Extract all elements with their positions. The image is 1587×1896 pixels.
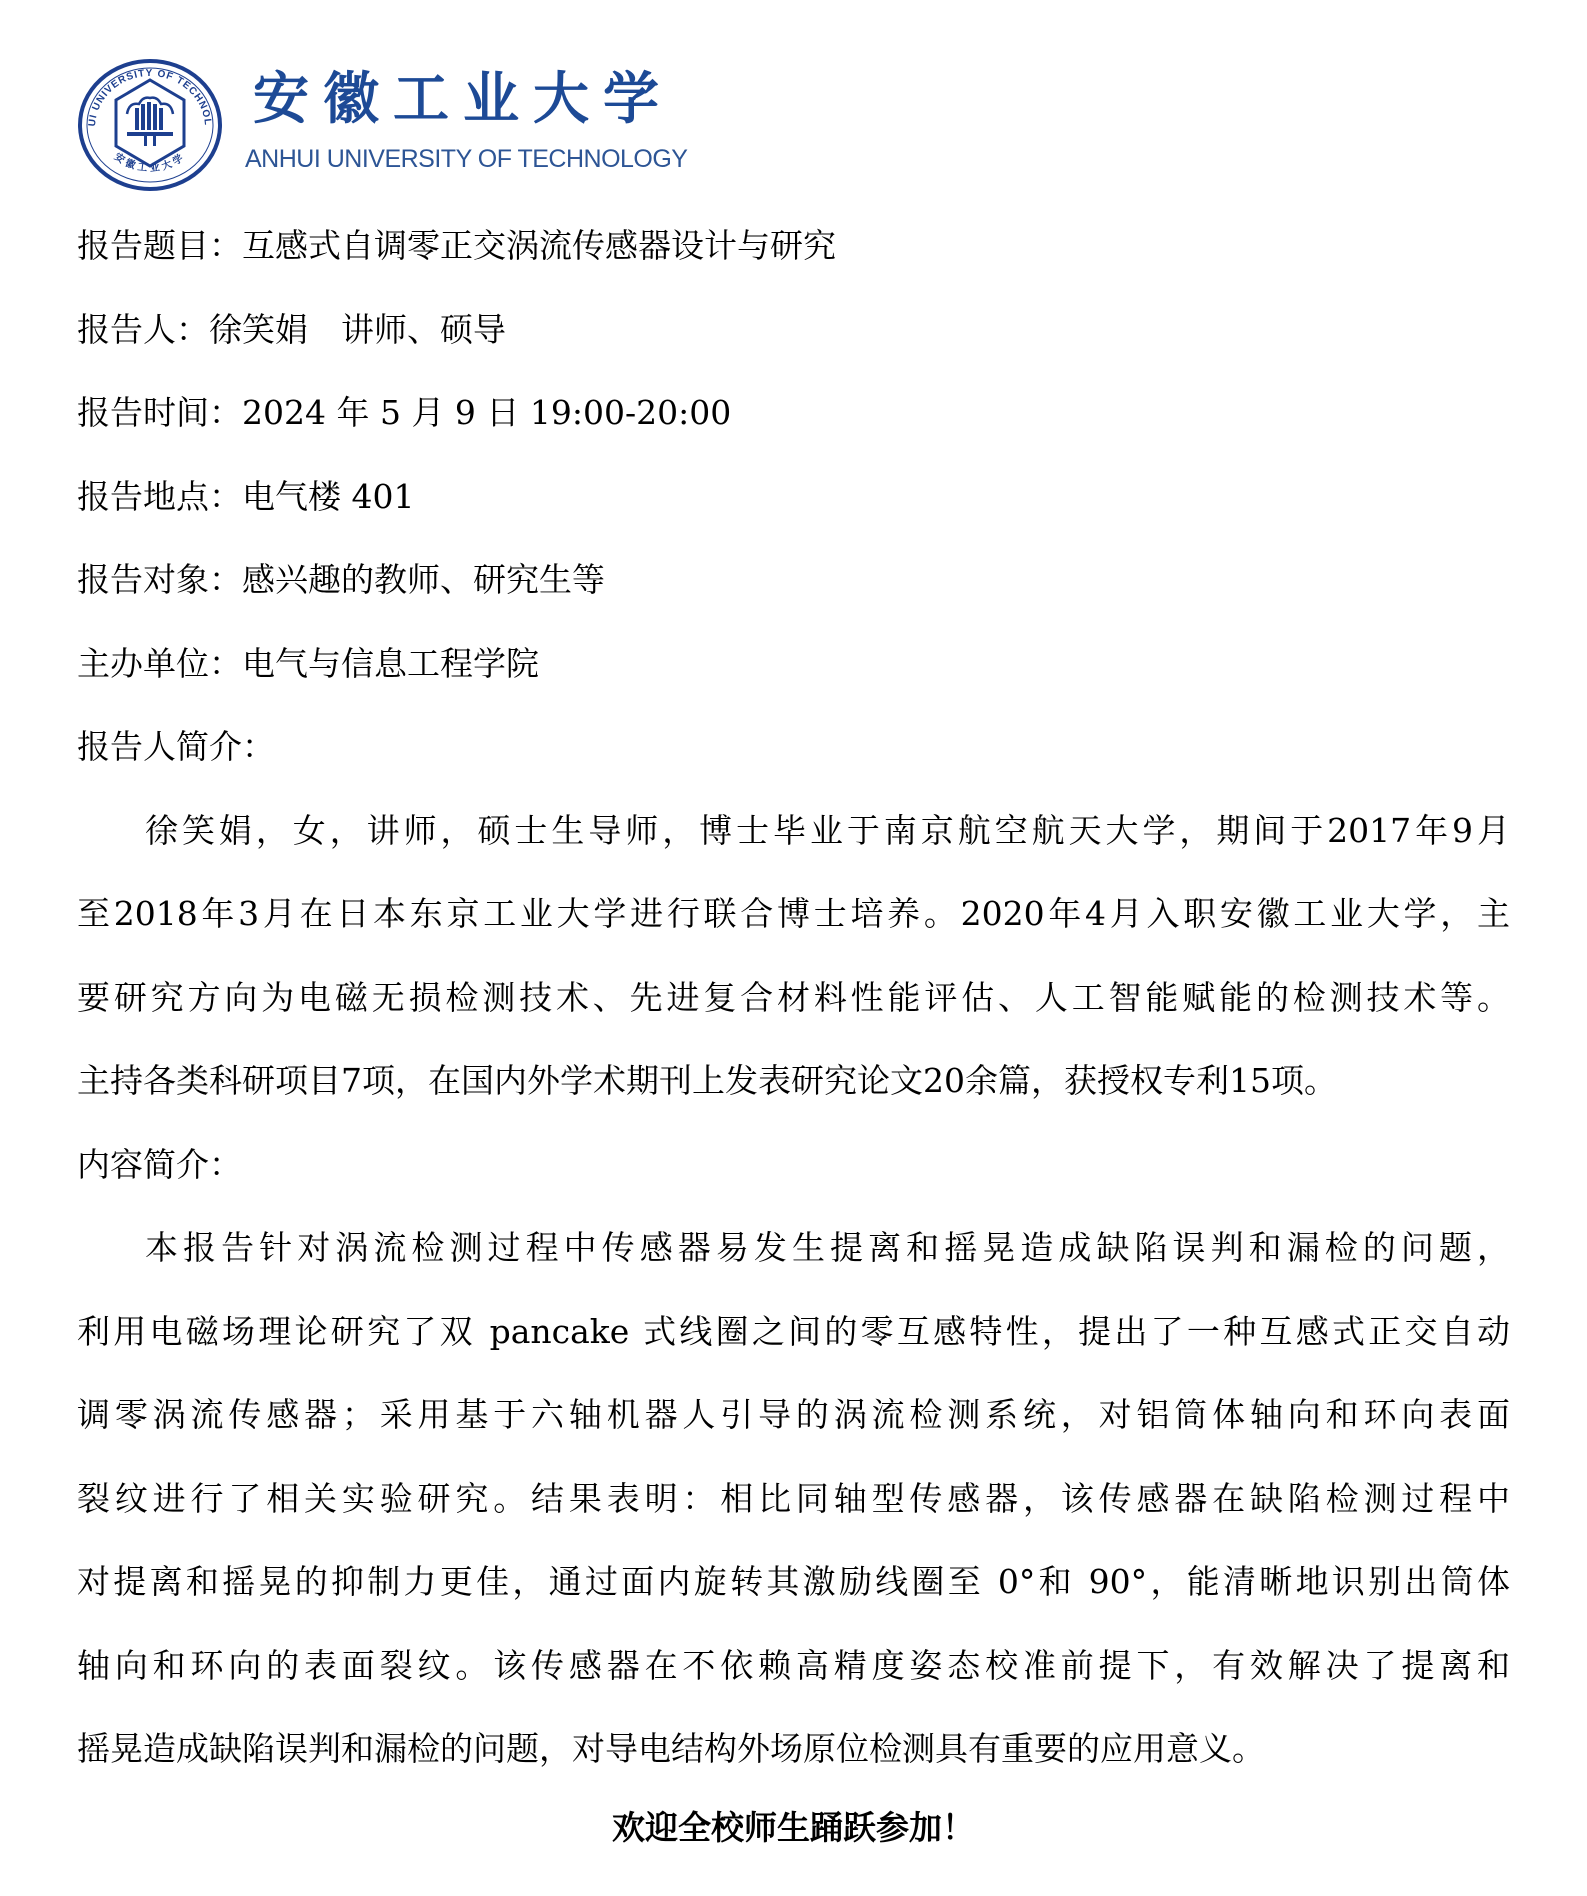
logo-chinese-name: 安徽工业大学 (253, 66, 673, 132)
bio-line: 至2018年3月在日本东京工业大学进行联合博士培养。2020年4月入职安徽工业大… (77, 894, 1510, 934)
logo-english-name: ANHUI UNIVERSITY OF TECHNOLOGY (245, 146, 687, 172)
report-title: 报告题目：互感式自调零正交涡流传感器设计与研究 (77, 226, 1510, 266)
speaker: 报告人：徐笑娟 讲师、硕导 (77, 310, 1510, 350)
abstract-heading: 内容简介： (77, 1145, 1510, 1185)
abstract-line: 调零涡流传感器；采用基于六轴机器人引导的涡流检测系统，对铝筒体轴向和环向表面 (77, 1395, 1510, 1435)
abstract-line: 对提离和摇晃的抑制力更佳，通过面内旋转其激励线圈至 0°和 90°，能清晰地识别… (77, 1562, 1510, 1602)
abstract-line: 利用电磁场理论研究了双 pancake 式线圈之间的零互感特性，提出了一种互感式… (77, 1312, 1510, 1352)
abstract-line: 摇晃造成缺陷误判和漏检的问题，对导电结构外场原位检测具有重要的应用意义。 (77, 1729, 1510, 1769)
abstract-line: 裂纹进行了相关实验研究。结果表明：相比同轴型传感器，该传感器在缺陷检测过程中 (77, 1479, 1510, 1519)
bio-line: 要研究方向为电磁无损检测技术、先进复合材料性能评估、人工智能赋能的检测技术等。 (77, 978, 1510, 1018)
bio-heading: 报告人简介： (77, 727, 1510, 767)
abstract-line: 轴向和环向的表面裂纹。该传感器在不依赖高精度姿态校准前提下，有效解决了提离和 (77, 1646, 1510, 1686)
organizer: 主办单位：电气与信息工程学院 (77, 644, 1510, 684)
abstract-line: 本报告针对涡流检测过程中传感器易发生提离和摇晃造成缺陷误判和漏检的问题， (145, 1228, 1510, 1268)
report-location: 报告地点：电气楼 401 (77, 477, 1510, 517)
report-audience: 报告对象：感兴趣的教师、研究生等 (77, 560, 1510, 600)
bio-line: 主持各类科研项目7项，在国内外学术期刊上发表研究论文20余篇，获授权专利15项。 (77, 1061, 1510, 1101)
closing-invitation: 欢迎全校师生踊跃参加！ (0, 1808, 1587, 1848)
report-time: 报告时间：2024 年 5 月 9 日 19:00-20:00 (77, 393, 1510, 433)
svg-text:安徽工业大学: 安徽工业大学 (112, 150, 188, 175)
bio-line: 徐笑娟，女，讲师，硕士生导师，博士毕业于南京航空航天大学，期间于2017年9月 (145, 811, 1510, 851)
university-logo: ANHUI UNIVERSITY OF TECHNOLOGY 安徽工业大学 安徽… (77, 58, 677, 193)
university-seal-icon: ANHUI UNIVERSITY OF TECHNOLOGY 安徽工业大学 (77, 58, 223, 192)
